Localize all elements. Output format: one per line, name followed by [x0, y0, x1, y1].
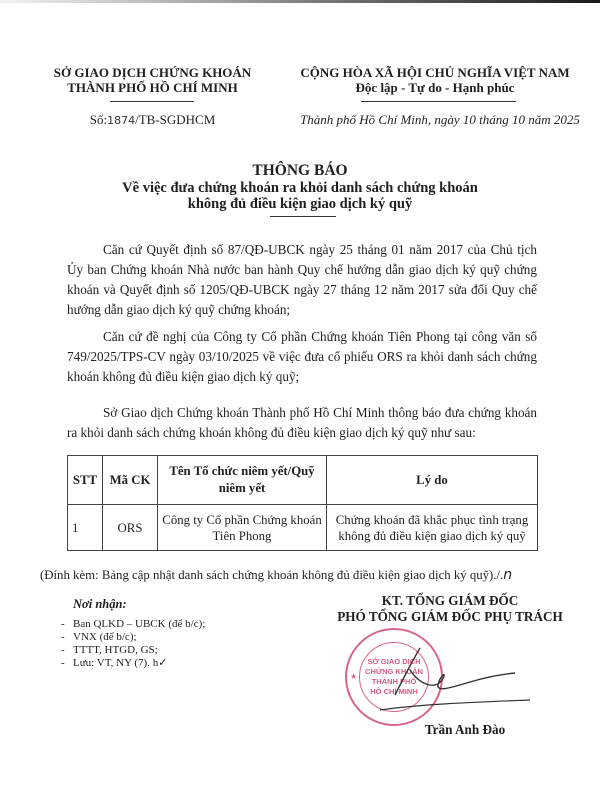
cell-reason: Chứng khoán đã khắc phục tình trạng khôn… — [327, 505, 538, 551]
recipients-list: Ban QLKD – UBCK (để b/c); VNX (để b/c); … — [61, 618, 313, 670]
recipients-block: Nơi nhận: Ban QLKD – UBCK (để b/c); VNX … — [73, 597, 313, 670]
signature-title-2: PHÓ TỔNG GIÁM ĐỐC PHỤ TRÁCH — [310, 609, 590, 625]
title-underline — [270, 216, 336, 217]
signature-title-block: KT. TỔNG GIÁM ĐỐC PHÓ TỔNG GIÁM ĐỐC PHỤ … — [310, 593, 590, 625]
paragraph-legal-basis-2: Căn cứ đề nghị của Công ty Cổ phần Chứng… — [67, 327, 537, 387]
motto-underline — [361, 101, 516, 102]
paragraph-announcement: Sở Giao dịch Chứng khoán Thành phố Hồ Ch… — [67, 403, 537, 443]
initials-mark: n — [503, 567, 512, 583]
national-name: CỘNG HÒA XÃ HỘI CHỦ NGHĨA VIỆT NAM — [290, 65, 580, 80]
table-row: 1 ORS Công ty Cổ phần Chứng khoán Tiên P… — [68, 505, 538, 551]
issuer-underline — [110, 101, 194, 102]
star-icon: ★ — [350, 672, 357, 681]
header-stt: STT — [68, 456, 103, 505]
header-reason: Lý do — [327, 456, 538, 505]
recipients-title: Nơi nhận: — [73, 597, 313, 612]
national-motto: Độc lập - Tự do - Hạnh phúc — [290, 80, 580, 95]
paragraph-legal-basis-1: Căn cứ Quyết định số 87/QĐ-UBCK ngày 25 … — [67, 240, 537, 320]
attachment-note: (Đính kèm: Bảng cập nhật danh sách chứng… — [40, 567, 560, 583]
header-ticker: Mã CK — [103, 456, 158, 505]
document-number: Số:1874/TB-SGDHCM — [20, 112, 285, 128]
securities-table: STT Mã CK Tên Tổ chức niêm yết/Quỹ niêm … — [67, 455, 538, 551]
signature-title-1: KT. TỔNG GIÁM ĐỐC — [310, 593, 590, 609]
handwritten-number: 1874 — [107, 114, 135, 127]
list-item: TTTT, HTGD, GS; — [61, 644, 313, 657]
table-header-row: STT Mã CK Tên Tổ chức niêm yết/Quỹ niêm … — [68, 456, 538, 505]
document-title: THÔNG BÁO Về việc đưa chứng khoán ra khỏ… — [60, 163, 540, 212]
issuer-city: THÀNH PHỐ HỒ CHÍ MINH — [20, 80, 285, 95]
signer-name: Trần Anh Đào — [385, 722, 545, 738]
national-motto-block: CỘNG HÒA XÃ HỘI CHỦ NGHĨA VIỆT NAM Độc l… — [290, 65, 580, 95]
cell-ticker: ORS — [103, 505, 158, 551]
list-item: Lưu: VT, NY (7). h✓ — [61, 657, 313, 670]
issuer-name: SỞ GIAO DỊCH CHỨNG KHOÁN — [20, 65, 285, 80]
scan-top-edge — [0, 0, 600, 3]
list-item: Ban QLKD – UBCK (để b/c); — [61, 618, 313, 631]
handwritten-signature-icon — [380, 640, 530, 720]
cell-stt: 1 — [68, 505, 103, 551]
place-date: Thành phố Hồ Chí Minh, ngày 10 tháng 10 … — [290, 112, 590, 128]
list-item: VNX (để b/c); — [61, 631, 313, 644]
title-subject-2: không đủ điều kiện giao dịch ký quỹ — [60, 196, 540, 212]
issuer-block: SỞ GIAO DỊCH CHỨNG KHOÁN THÀNH PHỐ HỒ CH… — [20, 65, 285, 95]
header-issuer-name: Tên Tổ chức niêm yết/Quỹ niêm yết — [158, 456, 327, 505]
title-subject-1: Về việc đưa chứng khoán ra khỏi danh sác… — [60, 180, 540, 196]
cell-issuer-name: Công ty Cổ phần Chứng khoán Tiên Phong — [158, 505, 327, 551]
title-heading: THÔNG BÁO — [60, 163, 540, 179]
